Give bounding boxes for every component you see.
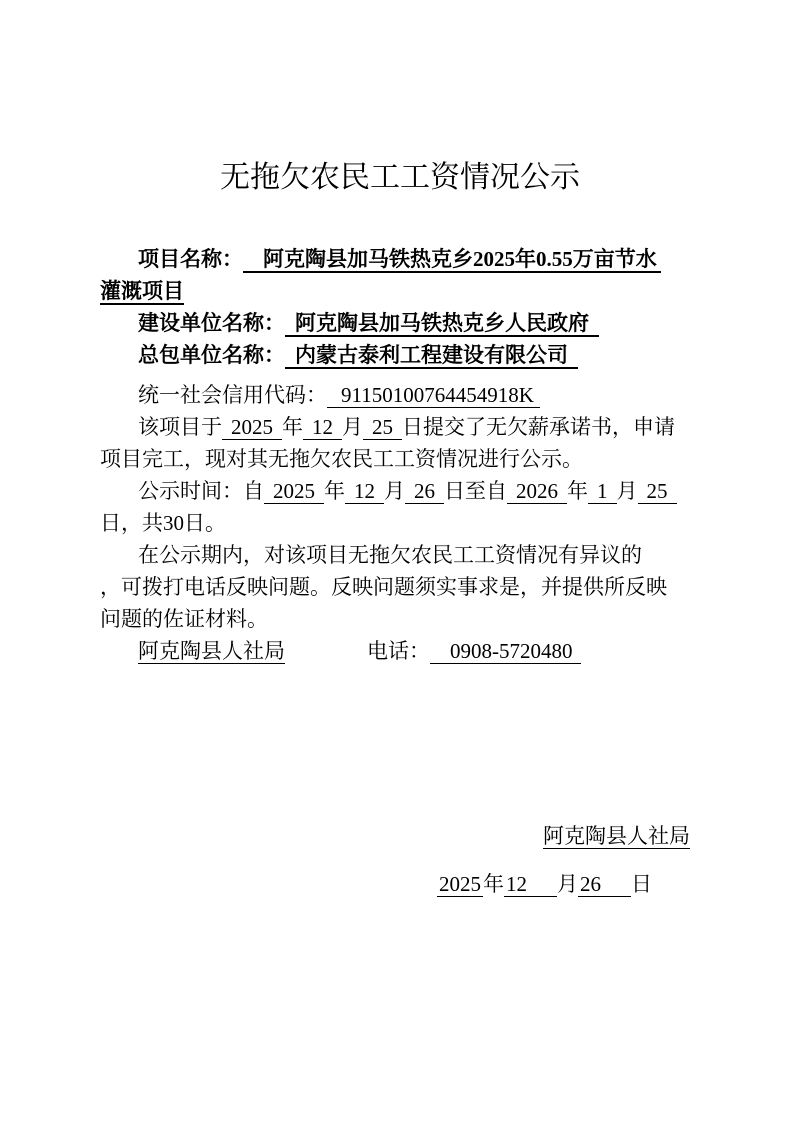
objection-paragraph: 在公示期内，对该项目无拖欠农民工工资情况有异议的，可拨打电话反映问题。反映问题须… (100, 539, 700, 635)
project-name-value-line2: 灌溉项目 (100, 279, 184, 305)
project-name-value-line1: 阿克陶县加马铁热克乡2025年0.55万亩节水 (243, 247, 661, 273)
signature-day: 26 (578, 872, 631, 897)
objection-line3: 问题的佐证材料。 (100, 607, 268, 631)
credit-code-label: 统一社会信用代码： (138, 383, 327, 407)
submission-year-unit: 年 (282, 415, 303, 439)
publicity-year-unit2: 年 (567, 479, 588, 503)
submission-line2: 项目完工，现对其无拖欠农民工工资情况进行公示。 (100, 447, 583, 471)
publicity-end-year: 2026 (507, 479, 567, 504)
credit-code-row: 统一社会信用代码：91150100764454918K (100, 379, 700, 411)
publicity-line2: 日，共30日。 (100, 511, 226, 535)
submission-year: 2025 (222, 415, 282, 440)
contractor-value: 内蒙古泰利工程建设有限公司 (285, 343, 578, 369)
submission-prefix: 该项目于 (138, 415, 222, 439)
signature-day-unit: 日 (631, 872, 652, 896)
contractor-row: 总包单位名称：内蒙古泰利工程建设有限公司 (100, 339, 700, 371)
signature-org: 阿克陶县人社局 (543, 824, 690, 849)
signature-year: 2025 (437, 872, 483, 897)
publicity-month-unit1: 月 (384, 479, 405, 503)
contractor-label: 总包单位名称： (138, 343, 285, 367)
builder-value: 阿克陶县加马铁热克乡人民政府 (285, 311, 599, 337)
builder-row: 建设单位名称：阿克陶县加马铁热克乡人民政府 (100, 307, 700, 339)
objection-line2: ，可拨打电话反映问题。反映问题须实事求是，并提供所反映 (100, 575, 667, 599)
publicity-mid: 日至自 (444, 479, 507, 503)
publicity-prefix: 公示时间：自 (138, 479, 264, 503)
submission-paragraph: 该项目于2025年12月25日提交了无欠薪承诺书，申请项目完工，现对其无拖欠农民… (100, 411, 700, 475)
publicity-start-day: 26 (405, 479, 444, 504)
submission-rest-line1: 日提交了无欠薪承诺书，申请 (402, 415, 675, 439)
publicity-year-unit1: 年 (324, 479, 345, 503)
signature-month: 12 (504, 872, 557, 897)
signature-year-unit: 年 (483, 872, 504, 896)
publicity-period-paragraph: 公示时间：自2025年12月26日至自2026年1月25日，共30日。 (100, 475, 700, 539)
builder-label: 建设单位名称： (138, 311, 285, 335)
signature-month-unit: 月 (557, 872, 578, 896)
phone-label: 电话： (367, 639, 430, 663)
submission-day: 25 (363, 415, 402, 440)
signature-org-row: 阿克陶县人社局 (100, 820, 700, 852)
objection-line1: 在公示期内，对该项目无拖欠农民工工资情况有异议的 (138, 543, 642, 567)
publicity-start-month: 12 (345, 479, 384, 504)
credit-code-value: 91150100764454918K (327, 383, 540, 408)
submission-month: 12 (303, 415, 342, 440)
publicity-month-unit2: 月 (617, 479, 638, 503)
page-title: 无拖欠农民工工资情况公示 (100, 155, 700, 201)
submission-month-unit: 月 (342, 415, 363, 439)
contact-org: 阿克陶县人社局 (138, 639, 285, 664)
signature-date-row: 2025年12月26日 (100, 868, 700, 900)
contact-row: 阿克陶县人社局电话：0908-5720480 (100, 635, 700, 667)
publicity-end-day: 25 (638, 479, 677, 504)
phone-value: 0908-5720480 (430, 639, 581, 664)
publicity-start-year: 2025 (264, 479, 324, 504)
publicity-end-month: 1 (588, 479, 617, 504)
project-name-row: 项目名称：阿克陶县加马铁热克乡2025年0.55万亩节水灌溉项目 (100, 243, 700, 307)
notice-page: 无拖欠农民工工资情况公示 项目名称：阿克陶县加马铁热克乡2025年0.55万亩节… (0, 0, 793, 1122)
project-name-label: 项目名称： (138, 247, 243, 271)
